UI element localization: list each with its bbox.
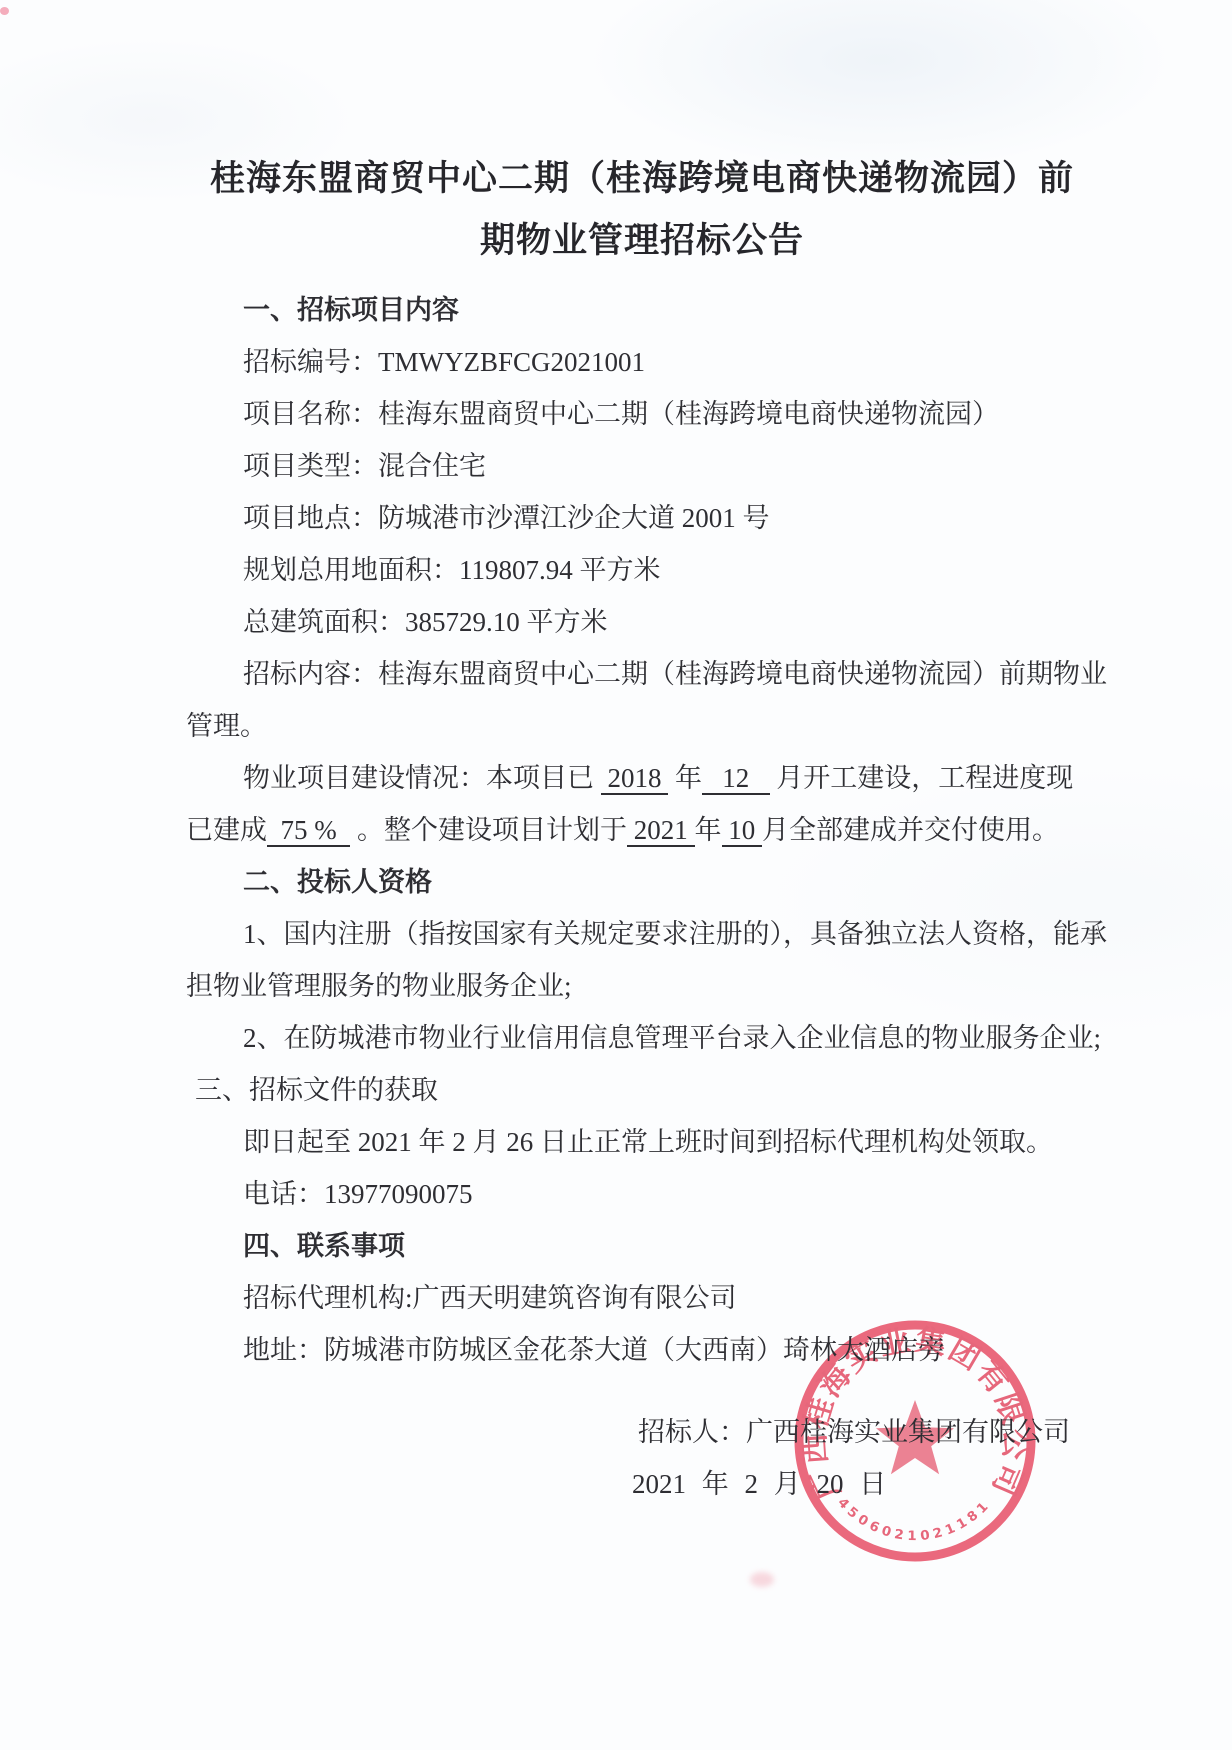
address-line: 地址：防城港市防城区金花茶大道（大西南）琦林大酒店旁 [186,1324,1098,1376]
project-location-line: 项目地点：防城港市沙潭江沙企大道 2001 号 [186,492,1098,544]
title-line-1: 桂海东盟商贸中心二期（桂海跨境电商快递物流园）前 [186,148,1098,210]
phone-line: 电话：13977090075 [186,1168,1098,1220]
bidder-qualification-item-2: 2、在防城港市物业行业信用信息管理平台录入企业信息的物业服务企业; [186,1012,1098,1064]
scanned-document-page: 广西桂海实业集团有限公司 4506021021181 桂海东盟商贸中心二期（桂海… [0,0,1232,1750]
project-type-line: 项目类型：混合住宅 [186,440,1098,492]
construction-start-month-value: 12 [702,763,770,795]
document-pickup-line: 即日起至 2021 年 2 月 26 日止正常上班时间到招标代理机构处领取。 [186,1116,1098,1168]
document-title: 桂海东盟商贸中心二期（桂海跨境电商快递物流园）前 期物业管理招标公告 [186,148,1098,272]
seal-ink-smudge [750,1572,774,1587]
section-2-heading: 二、投标人资格 [186,856,1098,908]
bid-content-line-1: 招标内容：桂海东盟商贸中心二期（桂海跨境电商快递物流园）前期物业 [186,648,1098,700]
construction-status-line-2: 已建成 75 % 。整个建设项目计划于 2021 年 10 月全部建成并交付使用… [186,804,1098,856]
construction-start-year-value: 2018 [601,763,669,795]
completion-year-value: 2021 [627,815,695,847]
project-name-line: 项目名称：桂海东盟商贸中心二期（桂海跨境电商快递物流园） [186,388,1098,440]
signature-date-line: 2021 年 2 月 20 日 [638,1458,1098,1510]
bid-number-line: 招标编号：TMWYZBFCG2021001 [186,336,1098,388]
construction-progress-value: 75 % [267,815,350,847]
scan-artifact-speck [0,7,9,15]
construction-text: 月开工建设，工程进度现 [770,763,1074,793]
section-3-heading: 三、招标文件的获取 [186,1064,1098,1116]
construction-text: 年 [695,815,722,845]
bidder-qualification-item-1-line-1: 1、国内注册（指按国家有关规定要求注册的），具备独立法人资格，能承 [186,908,1098,960]
completion-month-value: 10 [722,815,763,847]
document-body: 一、招标项目内容 招标编号：TMWYZBFCG2021001 项目名称：桂海东盟… [186,284,1098,1510]
total-building-area-line: 总建筑面积：385729.10 平方米 [186,596,1098,648]
construction-text: 月全部建成并交付使用。 [762,815,1059,845]
construction-text: 物业项目建设情况：本项目已 [243,763,601,793]
construction-text: 。整个建设项目计划于 [350,815,627,845]
bid-content-line-2: 管理。 [186,700,1098,752]
agency-line: 招标代理机构:广西天明建筑咨询有限公司 [186,1272,1098,1324]
bidder-signature-line: 招标人：广西桂海实业集团有限公司 [638,1406,1098,1458]
title-line-2: 期物业管理招标公告 [186,210,1098,272]
signature-block: 招标人：广西桂海实业集团有限公司 2021 年 2 月 20 日 [638,1406,1098,1510]
bidder-qualification-item-1-line-2: 担物业管理服务的物业服务企业; [186,960,1098,1012]
section-4-heading: 四、联系事项 [186,1220,1098,1272]
construction-status-line-1: 物业项目建设情况：本项目已 2018 年 12 月开工建设，工程进度现 [186,752,1098,804]
document-content: 桂海东盟商贸中心二期（桂海跨境电商快递物流园）前 期物业管理招标公告 一、招标项… [186,148,1098,1510]
planned-land-area-line: 规划总用地面积：119807.94 平方米 [186,544,1098,596]
section-1-heading: 一、招标项目内容 [186,284,1098,336]
construction-text: 年 [668,763,702,793]
construction-text: 已建成 [186,815,267,845]
